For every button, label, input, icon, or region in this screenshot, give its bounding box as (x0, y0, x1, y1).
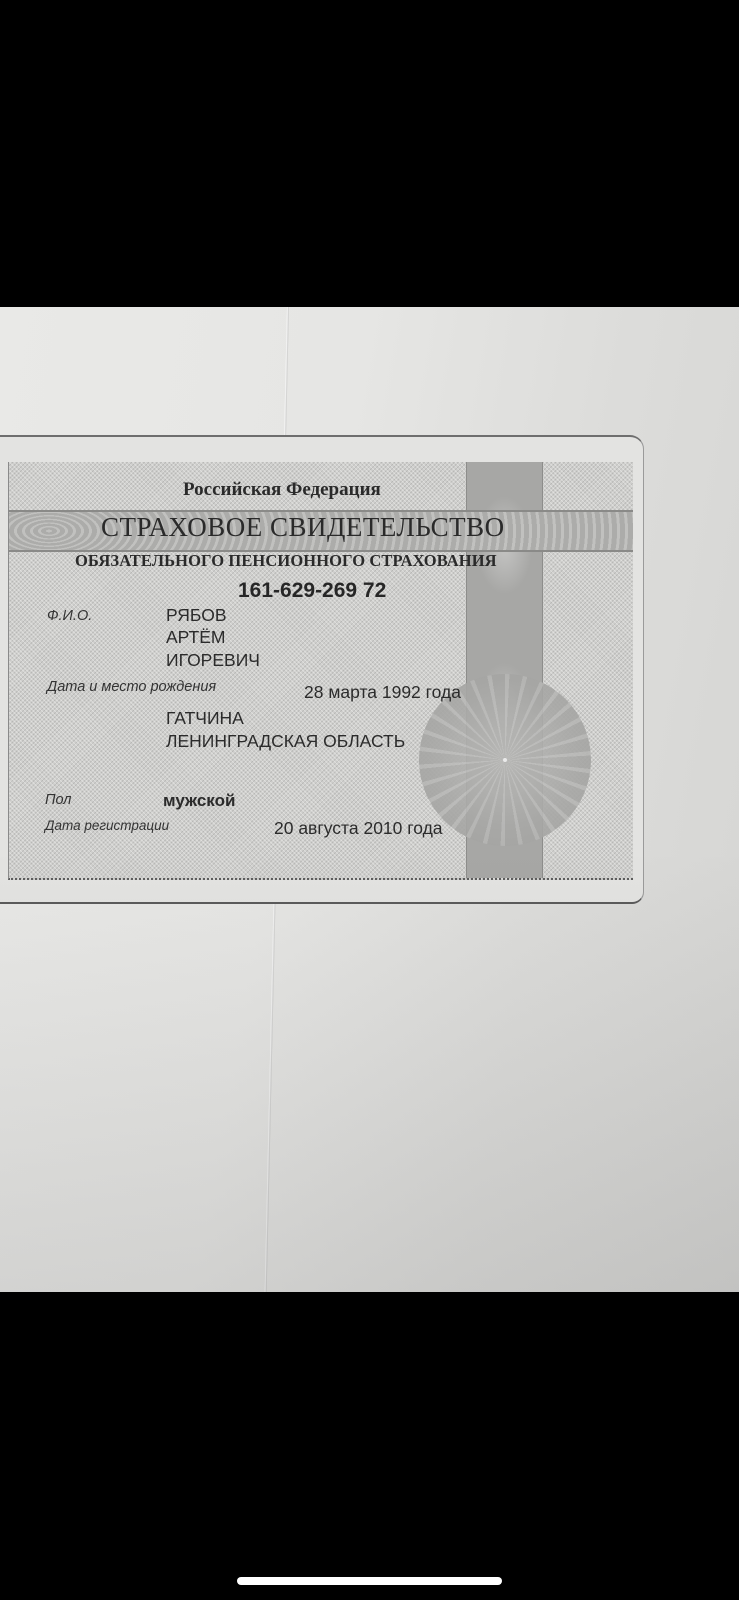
home-indicator[interactable] (237, 1577, 502, 1585)
document-photo: Российская Федерация СТРАХОВОЕ СВИДЕТЕЛЬ… (0, 307, 739, 1292)
photo-lighting-shade (0, 307, 739, 1292)
